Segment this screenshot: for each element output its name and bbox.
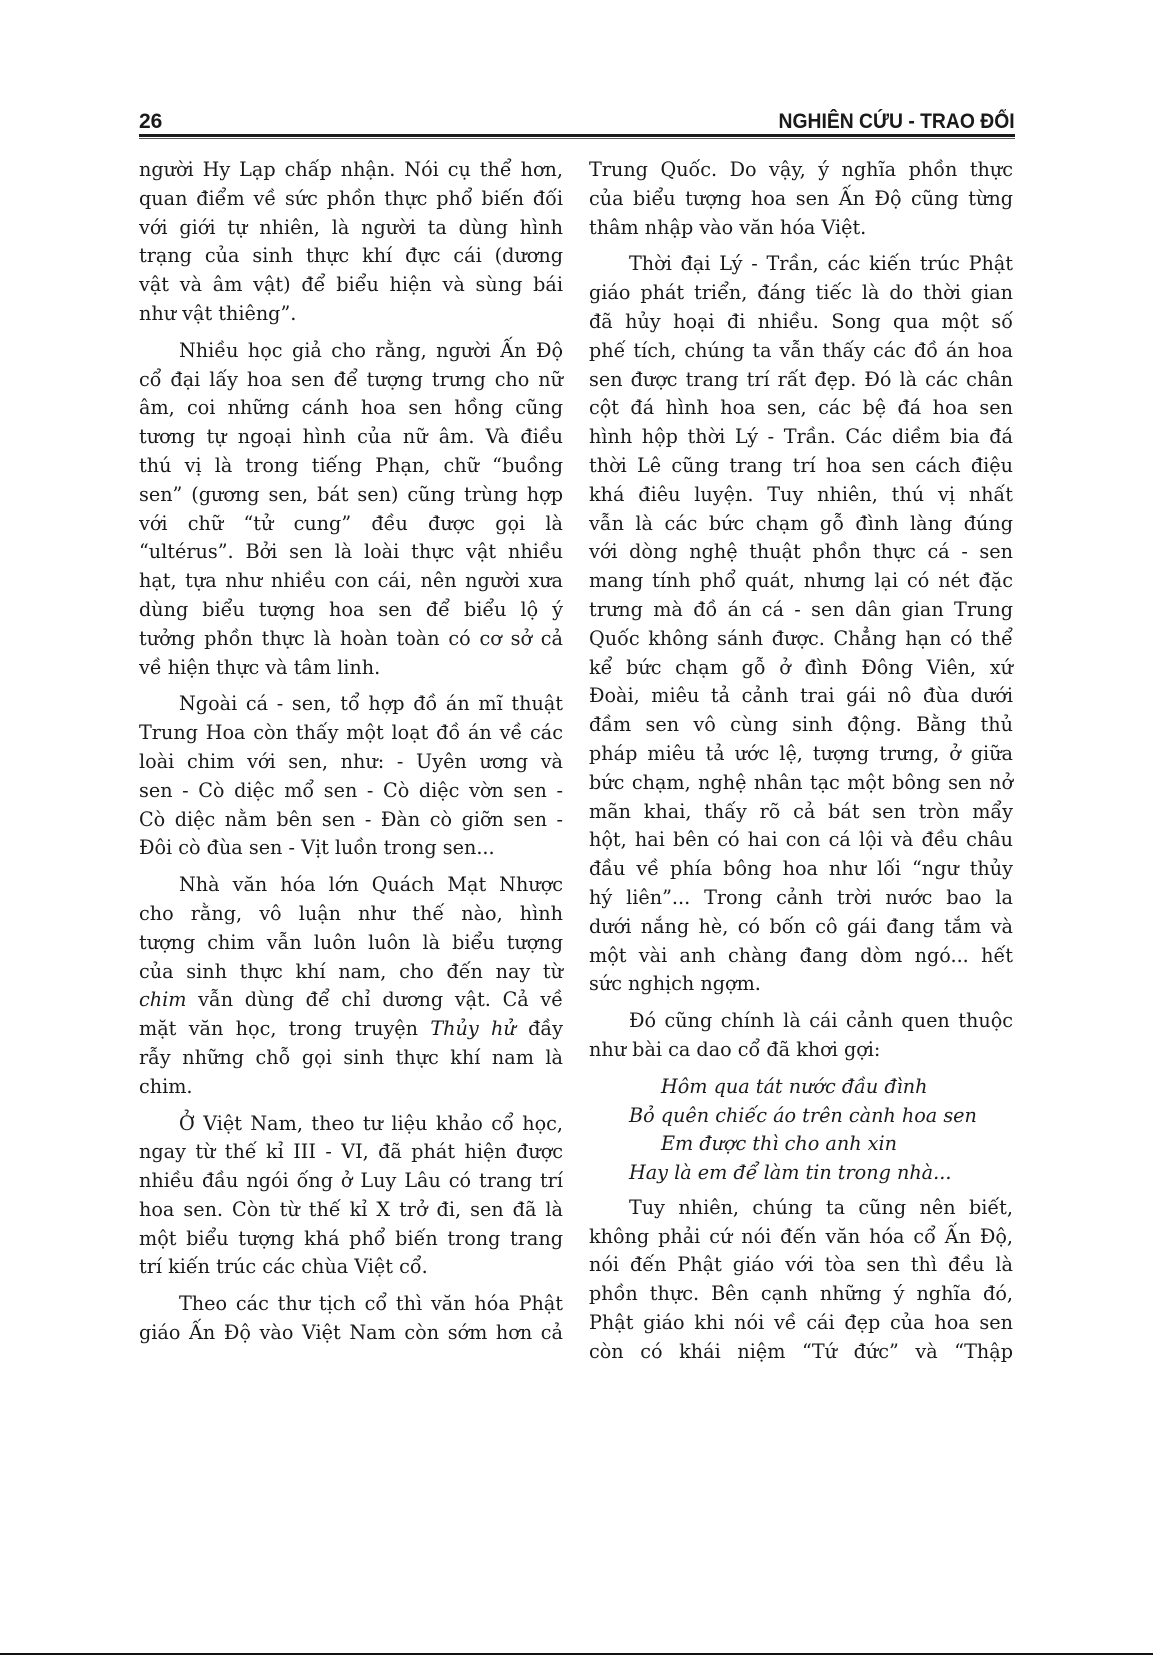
paragraph: người Hy Lạp chấp nhận. Nói cụ thể hơn, … <box>139 156 563 329</box>
text-line: chim. <box>139 1073 563 1102</box>
text-line: rẫy những chỗ gọi sinh thực khí nam là <box>139 1044 563 1073</box>
text-line: mang tính phổ quát, nhưng lại có nét đặc <box>589 567 1013 596</box>
text-line: như bài ca dao cổ đã khơi gợi: <box>589 1036 1013 1065</box>
text-line: của biểu tượng hoa sen Ấn Độ cũng từng <box>589 185 1013 214</box>
text-line: vẫn là các bức chạm gỗ đình làng đúng <box>589 510 1013 539</box>
header-rule-thin <box>139 138 1015 139</box>
text-line: của sinh thực khí nam, cho đến nay từ <box>139 958 563 987</box>
page-number: 26 <box>139 111 162 132</box>
paragraph: Nhiều học giả cho rằng, người Ấn Độ cổ đ… <box>139 337 563 683</box>
paragraph: Ở Việt Nam, theo tư liệu khảo cổ học, ng… <box>139 1110 563 1283</box>
text-line: giáo phát triển, đáng tiếc là do thời gi… <box>589 279 1013 308</box>
text-line: bức chạm, nghệ nhân tạc một bông sen nở <box>589 769 1013 798</box>
text-run: đầy <box>516 1017 563 1040</box>
text-line: người Hy Lạp chấp nhận. Nói cụ thể hơn, <box>139 156 563 185</box>
text-line: không phải cứ nói đến văn hóa cổ Ấn Độ, <box>589 1223 1013 1252</box>
text-line: thâm nhập vào văn hóa Việt. <box>589 214 1013 243</box>
text-run: mặt văn học, trong truyện <box>139 1017 430 1040</box>
text-line: pháp miêu tả ước lệ, tượng trưng, ở giữa <box>589 740 1013 769</box>
text-line: Cò diệc nằm bên sen - Đàn cò giỡn sen - <box>139 806 563 835</box>
text-line: Trung Quốc. Do vậy, ý nghĩa phồn thực <box>589 156 1013 185</box>
left-column: người Hy Lạp chấp nhận. Nói cụ thể hơn, … <box>139 156 563 1356</box>
text-line: phồn thực. Bên cạnh những ý nghĩa đó, <box>589 1280 1013 1309</box>
text-line: tương tự ngoại hình của nữ âm. Và điều <box>139 423 563 452</box>
text-line: với dòng nghệ thuật phồn thực cá - sen <box>589 538 1013 567</box>
text-line: cho rằng, vô luận như thế nào, hình <box>139 900 563 929</box>
text-line: Theo các thư tịch cổ thì văn hóa Phật <box>139 1290 563 1319</box>
text-line: trạng của sinh thực khí đực cái (dương <box>139 242 563 271</box>
paragraph: Ngoài cá - sen, tổ hợp đồ án mĩ thuật Tr… <box>139 690 563 863</box>
text-line: quan điểm về sức phồn thực phổ biến đối <box>139 185 563 214</box>
text-line: sen” (gương sen, bát sen) cũng trùng hợp <box>139 481 563 510</box>
text-line: hý liên”... Trong cảnh trời nước bao la <box>589 884 1013 913</box>
text-line: hột, hai bên có hai con cá lội và đều ch… <box>589 826 1013 855</box>
text-line: hạt, tựa như nhiều con cái, nên người xư… <box>139 567 563 596</box>
text-line: Thời đại Lý - Trần, các kiến trúc Phật <box>589 250 1013 279</box>
text-line: tưởng phồn thực là hoàn toàn có cơ sở cả <box>139 625 563 654</box>
text-line: Ở Việt Nam, theo tư liệu khảo cổ học, <box>139 1110 563 1139</box>
poem-verse: Em được thì cho anh xin <box>589 1130 1013 1159</box>
italic-term: chim <box>139 988 186 1011</box>
text-line: về hiện thực và tâm linh. <box>139 654 563 683</box>
text-line: mãn khai, thấy rõ cả bát sen tròn mẩy <box>589 798 1013 827</box>
text-line: cột đá hình hoa sen, các bệ đá hoa sen <box>589 394 1013 423</box>
text-line: đầm sen vô cùng sinh động. Bằng thủ <box>589 711 1013 740</box>
text-line: thú vị là trong tiếng Phạn, chữ “buồng <box>139 452 563 481</box>
text-line: Tuy nhiên, chúng ta cũng nên biết, <box>589 1194 1013 1223</box>
scan-bottom-edge <box>0 1653 1153 1655</box>
text-line: Trung Hoa còn thấy một loạt đồ án về các <box>139 719 563 748</box>
text-line: Phật giáo khi nói về cái đẹp của hoa sen <box>589 1309 1013 1338</box>
text-line: một biểu tượng khá phổ biến trong trang <box>139 1225 563 1254</box>
text-line: kể bức chạm gỗ ở đình Đông Viên, xứ <box>589 654 1013 683</box>
paragraph: Nhà văn hóa lớn Quách Mạt Nhược cho rằng… <box>139 871 563 1101</box>
book-title: Thủy hử <box>430 1017 515 1040</box>
text-line: đã hủy hoại đi nhiều. Song qua một số <box>589 308 1013 337</box>
text-line: Quốc không sánh được. Chẳng hạn có thể <box>589 625 1013 654</box>
text-line: ngay từ thế kỉ III - VI, đã phát hiện đư… <box>139 1138 563 1167</box>
text-line: Nhà văn hóa lớn Quách Mạt Nhược <box>139 871 563 900</box>
text-line: sen được trang trí rất đẹp. Đó là các ch… <box>589 366 1013 395</box>
poem-verse: Hôm qua tát nước đầu đình <box>589 1073 1013 1102</box>
running-header: 26 NGHIÊN CỨU - TRAO ĐỔI <box>139 96 1015 132</box>
text-line: dưới nắng hè, có bốn cô gái đang tắm và <box>589 913 1013 942</box>
text-line: với giới tự nhiên, là người ta dùng hình <box>139 214 563 243</box>
text-line: tượng chim vẫn luôn luôn là biểu tượng <box>139 929 563 958</box>
paragraph: Tuy nhiên, chúng ta cũng nên biết, không… <box>589 1194 1013 1367</box>
poem-verse: Hay là em để làm tin trong nhà... <box>589 1159 1013 1188</box>
paragraph: Trung Quốc. Do vậy, ý nghĩa phồn thực củ… <box>589 156 1013 242</box>
text-line: âm, coi những cánh hoa sen hồng cũng <box>139 394 563 423</box>
text-line: như vật thiêng”. <box>139 300 563 329</box>
text-line: phế tích, chúng ta vẫn thấy các đồ án ho… <box>589 337 1013 366</box>
text-line: Nhiều học giả cho rằng, người Ấn Độ <box>139 337 563 366</box>
text-line: hình hộp thời Lý - Trần. Các diềm bia đá <box>589 423 1013 452</box>
text-line: “ultérus”. Bởi sen là loài thực vật nhiề… <box>139 538 563 567</box>
folk-poem: Hôm qua tát nước đầu đình Bỏ quên chiếc … <box>589 1073 1013 1188</box>
text-line: đầu về phía bông hoa như lối “ngư thủy <box>589 855 1013 884</box>
text-line: trí kiến trúc các chùa Việt cổ. <box>139 1253 563 1282</box>
paragraph: Đó cũng chính là cái cảnh quen thuộc như… <box>589 1007 1013 1065</box>
paragraph: Theo các thư tịch cổ thì văn hóa Phật gi… <box>139 1290 563 1348</box>
text-line: với chữ “tử cung” đều được gọi là <box>139 510 563 539</box>
text-line: giáo Ấn Độ vào Việt Nam còn sớm hơn cả <box>139 1319 563 1348</box>
text-line: còn có khái niệm “Tứ đức” và “Thập <box>589 1338 1013 1367</box>
text-line: thời Lê cũng trang trí hoa sen cách điệu <box>589 452 1013 481</box>
text-line: dùng biểu tượng hoa sen để biểu lộ ý <box>139 596 563 625</box>
text-line: chim vẫn dùng để chỉ dương vật. Cả về <box>139 986 563 1015</box>
text-line: vật và âm vật) để biểu hiện và sùng bái <box>139 271 563 300</box>
header-rule <box>139 134 1015 137</box>
poem-verse: Bỏ quên chiếc áo trên cành hoa sen <box>589 1102 1013 1131</box>
text-run: vẫn dùng để chỉ dương vật. Cả về <box>186 988 563 1011</box>
text-line: sức nghịch ngợm. <box>589 970 1013 999</box>
text-line: Đoài, miêu tả cảnh trai gái nô đùa dưới <box>589 682 1013 711</box>
text-line: Đó cũng chính là cái cảnh quen thuộc <box>589 1007 1013 1036</box>
text-line: cổ đại lấy hoa sen để tượng trưng cho nữ <box>139 366 563 395</box>
text-line: hoa sen. Còn từ thế kỉ X trở đi, sen đã … <box>139 1196 563 1225</box>
text-line: khá điêu luyện. Tuy nhiên, thú vị nhất <box>589 481 1013 510</box>
right-column: Trung Quốc. Do vậy, ý nghĩa phồn thực củ… <box>589 156 1013 1375</box>
paragraph: Thời đại Lý - Trần, các kiến trúc Phật g… <box>589 250 1013 999</box>
text-line: Ngoài cá - sen, tổ hợp đồ án mĩ thuật <box>139 690 563 719</box>
text-line: mặt văn học, trong truyện Thủy hử đầy <box>139 1015 563 1044</box>
text-line: Đôi cò đùa sen - Vịt luồn trong sen... <box>139 834 563 863</box>
text-line: sen - Cò diệc mổ sen - Cò diệc vờn sen - <box>139 777 563 806</box>
text-line: loài chim với sen, như: - Uyên ương và <box>139 748 563 777</box>
text-line: nhiều đầu ngói ống ở Luy Lâu có trang tr… <box>139 1167 563 1196</box>
text-line: trưng mà đồ án cá - sen dân gian Trung <box>589 596 1013 625</box>
text-line: nói đến Phật giáo với tòa sen thì đều là <box>589 1251 1013 1280</box>
text-line: một vài anh chàng đang dòm ngó... hết <box>589 942 1013 971</box>
section-title: NGHIÊN CỨU - TRAO ĐỔI <box>779 111 1015 132</box>
